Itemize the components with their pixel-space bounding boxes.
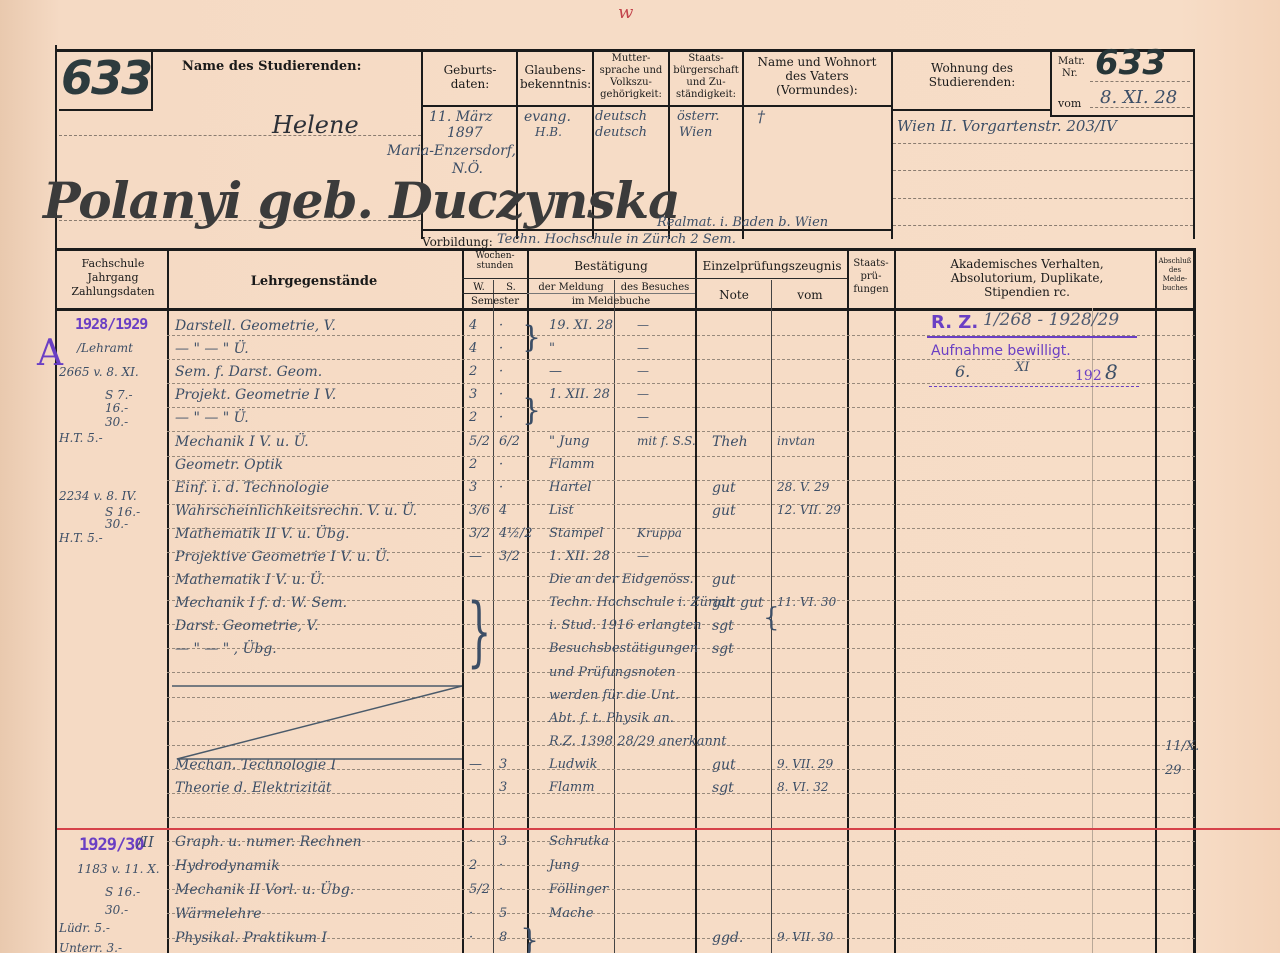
subject-cell: Hydrodynamik — [175, 858, 280, 874]
subject-cell: Graph. u. numer. Rechnen — [175, 834, 362, 850]
hours-w-cell: · — [469, 834, 473, 849]
registration-cell: Jung — [549, 858, 579, 873]
registration-cell: und Prüfungsnoten — [549, 665, 676, 680]
attendance-cell: — — [637, 549, 649, 563]
subject-cell: — " — " , Übg. — [175, 641, 277, 657]
attendance-cell: — — [637, 364, 649, 378]
col-state-exams: Staats-prü-fungen — [849, 257, 893, 296]
hours-s-cell: · — [499, 457, 503, 472]
religion-label: Glaubens-bekenntnis: — [520, 63, 590, 91]
semester-2-suffix: /II — [137, 833, 154, 851]
citizenship-label: Staats-bürgerschaft und Zu-ständigkeit: — [671, 53, 741, 101]
hours-w-cell: 2 — [469, 410, 477, 425]
surname: Polanyi geb. Duczynska — [43, 171, 680, 230]
prior-education-2: Techn. Hochschule in Zürich 2 Sem. — [497, 232, 736, 247]
hours-s-cell: 6/2 — [499, 434, 520, 449]
payment-note: 16.- — [105, 401, 128, 415]
subject-cell: Mathematik I V. u. Ü. — [175, 572, 325, 588]
ruled-line — [167, 431, 1195, 432]
hours-s-cell: 8 — [499, 930, 507, 945]
residence-label: Wohnung des Studierenden: — [897, 61, 1047, 89]
payment-note: 30.- — [105, 517, 128, 531]
payment-note: Lüdr. 5.- — [59, 921, 110, 935]
hours-s-cell: · — [499, 858, 503, 873]
attendance-cell: — — [637, 318, 649, 332]
exam-date-cell: 8. VI. 32 — [777, 780, 829, 794]
rz-value: 1/268 - 1928/29 — [983, 310, 1119, 330]
residence-address: Wien II. Vorgartenstr. 203/IV — [897, 117, 1117, 135]
payment-note: 30.- — [105, 415, 128, 429]
grade-cell: Theh — [712, 434, 748, 450]
hours-w-cell: 3 — [469, 480, 477, 495]
registration-cell: " — [549, 341, 555, 356]
nationality: deutsch — [595, 125, 647, 140]
domicile: Wien — [679, 125, 712, 140]
subject-cell: Wärmelehre — [175, 906, 262, 922]
bracket-3: } — [467, 593, 491, 669]
birth-label: Geburts-daten: — [427, 63, 513, 91]
registration-cell: List — [549, 503, 574, 518]
subject-cell: Theorie d. Elektrizität — [175, 780, 332, 796]
hours-w-cell: 2 — [469, 457, 477, 472]
attendance-cell: Kruppa — [637, 526, 682, 540]
registration-cell: 19. XI. 28 — [549, 318, 613, 333]
attendance-cell: mit f. S.S. — [637, 434, 696, 448]
hours-s-cell: 4½/2 — [499, 526, 533, 541]
registration-cell: 1. XII. 28 — [549, 387, 610, 402]
col-close-header: Abschluß des Melde-buches — [1157, 257, 1193, 293]
exam-date-cell: invtan — [777, 434, 815, 448]
grade-cell: sgt — [712, 780, 734, 796]
hours-w-cell: 3/2 — [469, 526, 490, 541]
exam-date-cell: 12. VII. 29 — [777, 503, 841, 517]
registration-cell: Flamm — [549, 780, 595, 795]
registration-cell: Schrutka — [549, 834, 609, 849]
col-subjects-header: Lehrgegenstände — [169, 275, 459, 289]
religion-confession: H.B. — [535, 125, 562, 139]
col-academic-header: Akademisches Verhalten, Absolutorium, Du… — [917, 257, 1137, 299]
grade-cell: sgt — [712, 618, 734, 634]
hours-s-cell: · — [499, 882, 503, 897]
subject-cell: Projekt. Geometrie I V. — [175, 387, 336, 403]
col-hours-s: S. — [497, 281, 525, 295]
grade-cell: gut gut — [712, 595, 764, 611]
hours-w-cell: — — [469, 549, 482, 564]
col-exam-header: Einzelprüfungszeugnis — [697, 259, 847, 273]
semester-2-year: 1929/30 — [79, 835, 144, 855]
registration-cell: 1. XII. 28 — [549, 549, 610, 564]
hours-w-cell: — — [469, 757, 482, 772]
col-hours-header: Wochen-stunden — [464, 251, 526, 271]
ruled-line — [167, 865, 1195, 866]
exam-date-cell: 28. V. 29 — [777, 480, 829, 494]
registration-cell: i. Stud. 1916 erlangten — [549, 618, 702, 633]
father-label: Name und Wohnort des Vaters (Vormundes): — [747, 55, 887, 97]
payment-note: 2234 v. 8. IV. — [59, 489, 137, 503]
name-label: Name des Studierenden: — [182, 60, 402, 74]
hours-w-cell: 5/2 — [469, 882, 490, 897]
birth-place: Maria-Enzersdorf, — [387, 143, 516, 159]
registration-cell: Föllinger — [549, 882, 608, 897]
subject-cell: Mechanik I f. d. W. Sem. — [175, 595, 347, 611]
hours-s-cell: 3 — [499, 757, 507, 772]
grade-cell: sgt — [712, 641, 734, 657]
col-confirm-header: Bestätigung — [529, 259, 693, 273]
col-hours-w: W. — [467, 281, 491, 295]
grade-cell: gut — [712, 503, 736, 519]
registration-cell: Ludwik — [549, 757, 598, 772]
ruled-line — [167, 672, 1195, 673]
record-number: 633 — [61, 51, 151, 105]
hours-s-cell: 4 — [499, 503, 507, 518]
closing-note: 11/X. 29 — [1165, 735, 1195, 783]
registration-cell: Mache — [549, 906, 593, 921]
hours-w-cell: · — [469, 930, 473, 945]
exam-date-cell: 11. VI. 30 — [777, 595, 836, 609]
registration-cell: Techn. Hochschule i. Zürich — [549, 595, 734, 610]
semester-divider — [57, 828, 1280, 830]
ruled-line — [167, 407, 1195, 408]
hours-s-cell: 3/2 — [499, 549, 520, 564]
hours-s-cell: 3 — [499, 834, 507, 849]
hours-s-cell: · — [499, 480, 503, 495]
religion: evang. — [524, 109, 571, 125]
hours-s-cell: 3 — [499, 780, 507, 795]
admission-approved: Aufnahme bewilligt. — [931, 343, 1071, 359]
payment-note: H.T. 5.- — [59, 531, 103, 545]
subject-cell: Einf. i. d. Technologie — [175, 480, 329, 496]
approval-year-prefix: 192 — [1075, 368, 1102, 384]
prior-education-1: Realmat. i. Baden b. Wien — [657, 215, 828, 230]
hours-s-cell: 5 — [499, 906, 507, 921]
bracket-5: } — [520, 923, 539, 953]
subject-cell: Physikal. Praktikum I — [175, 930, 327, 946]
subject-cell: Sem. f. Darst. Geom. — [175, 364, 322, 380]
prior-education-label: Vorbildung: — [422, 235, 493, 249]
col-school-header: Fachschule Jahrgang Zahlungsdaten — [63, 257, 163, 299]
birth-date: 11. März — [429, 109, 492, 125]
hours-w-cell: 2 — [469, 364, 477, 379]
rz-label: R. Z. — [931, 312, 978, 333]
hours-w-cell: · — [469, 906, 473, 921]
attendance-cell: — — [637, 387, 649, 401]
father-deceased: † — [757, 107, 765, 126]
col-confirm-attendance: des Besuches — [615, 281, 695, 295]
ruled-line — [167, 913, 1195, 914]
payment-note: 30.- — [105, 903, 128, 917]
admission-stamp: R. Z. 1/268 - 1928/29 Aufnahme bewilligt… — [925, 310, 1155, 390]
exam-date-cell: 9. VII. 30 — [777, 930, 833, 944]
hours-s-cell: · — [499, 364, 503, 379]
registration-cell: Hartel — [549, 480, 591, 495]
first-name: Helene — [272, 111, 359, 139]
hours-w-cell: 3 — [469, 387, 477, 402]
hours-s-cell: · — [499, 318, 503, 333]
payment-note: /Lehramt — [77, 341, 133, 355]
scanned-page: w 633 Name des Studierenden: Geburts-dat… — [0, 0, 1280, 953]
col-exam-note: Note — [697, 288, 771, 302]
matriculation-number: 633 — [1095, 43, 1166, 83]
mother-tongue: deutsch — [595, 109, 647, 124]
matriculation-box: Matr. Nr. 633 vom 8. XI. 28 — [1050, 49, 1195, 115]
col-exam-date: vom — [773, 288, 847, 302]
language-label: Mutter-sprache und Volkszu-gehörigkeit: — [596, 53, 666, 101]
subject-cell: Geometr. Optik — [175, 457, 283, 473]
hours-w-cell: 4 — [469, 318, 477, 333]
attendance-cell: — — [637, 341, 649, 355]
citizenship: österr. — [677, 109, 720, 124]
grade-cell: ggd. — [712, 930, 743, 946]
subject-cell: Wahrscheinlichkeitsrechn. V. u. Ü. — [175, 503, 417, 519]
registration-cell: Abt. f. t. Physik an. — [549, 711, 674, 726]
payment-note: 1183 v. 11. X. — [77, 862, 160, 876]
registration-cell: Besuchsbestätigungen — [549, 641, 698, 656]
registration-cell: werden für die Unt. — [549, 688, 679, 703]
registration-cell: Stampel — [549, 526, 603, 541]
hours-s-cell: · — [499, 387, 503, 402]
subject-cell: Darst. Geometrie, V. — [175, 618, 319, 634]
record-number-box: 633 — [59, 49, 153, 111]
nr-label: Nr. — [1062, 67, 1078, 81]
vom-label: vom — [1058, 97, 1081, 111]
semester-1-year: 1928/1929 — [75, 315, 147, 333]
approval-day: 6. — [955, 362, 970, 381]
registration-cell: Die an der Eidgenöss. — [549, 572, 694, 587]
bracket-1: } — [522, 320, 541, 355]
col-hours-semester: Semester — [464, 295, 526, 309]
birth-region: N.Ö. — [452, 161, 483, 177]
hours-w-cell: 4 — [469, 341, 477, 356]
hours-w-cell: 5/2 — [469, 434, 490, 449]
grade-cell: gut — [712, 757, 736, 773]
attendance-cell: — — [637, 410, 649, 424]
exam-date-cell: 9. VII. 29 — [777, 757, 833, 771]
registration-cell: Flamm — [549, 457, 595, 472]
ruled-line — [167, 456, 1195, 457]
subject-cell: Mathematik II V. u. Übg. — [175, 526, 349, 542]
matriculation-date: 8. XI. 28 — [1100, 87, 1177, 108]
bracket-2: } — [522, 393, 541, 428]
hours-s-cell: · — [499, 341, 503, 356]
ruled-line — [167, 817, 1195, 818]
grade-cell: gut — [712, 572, 736, 588]
registration-cell: — — [549, 364, 562, 379]
hours-w-cell: 3/6 — [469, 503, 490, 518]
registration-cell: " Jung — [549, 434, 589, 449]
cancel-diagonal — [167, 681, 467, 771]
subject-cell: Projektive Geometrie I V. u. Ü. — [175, 549, 390, 565]
grade-cell: gut — [712, 480, 736, 496]
birth-year: 1897 — [447, 125, 483, 141]
approval-year-suffix: 8 — [1105, 360, 1118, 384]
payment-note: S 16.- — [105, 885, 140, 899]
col-confirm-registration: der Meldung — [529, 281, 613, 295]
subject-cell: — " — " Ü. — [175, 341, 249, 357]
top-mark: w — [618, 2, 646, 22]
approval-month: XI — [1015, 360, 1029, 375]
subject-cell: — " — " Ü. — [175, 410, 249, 426]
registration-form: 633 Name des Studierenden: Geburts-daten… — [55, 45, 1197, 953]
bracket-4: { — [763, 603, 780, 633]
hours-s-cell: · — [499, 410, 503, 425]
registration-cell: R.Z. 1398 28/29 anerkannt — [549, 734, 726, 749]
payment-note: 2665 v. 8. XI. — [59, 365, 139, 379]
payment-note: S 7.- — [105, 388, 133, 402]
payment-note: H.T. 5.- — [59, 431, 103, 445]
subject-cell: Mechanik I V. u. Ü. — [175, 434, 309, 450]
hours-w-cell: 2 — [469, 858, 477, 873]
subject-cell: Mechanik II Vorl. u. Übg. — [175, 882, 354, 898]
subject-cell: Darstell. Geometrie, V. — [175, 318, 336, 334]
col-confirm-book: im Meldebuche — [529, 295, 693, 309]
payment-note: Unterr. 3.- — [59, 941, 122, 953]
